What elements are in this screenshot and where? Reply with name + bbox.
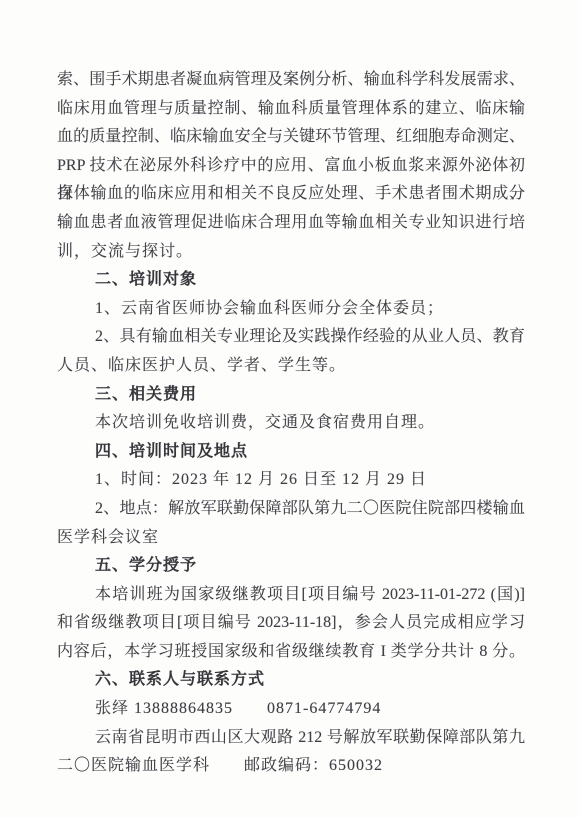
- text-line: 自体输血的临床应用和相关不良反应处理、手术患者围术期成分: [57, 180, 525, 209]
- text-line: 云南省昆明市西山区大观路 212 号解放军联勤保障部队第九: [57, 724, 525, 753]
- section-heading: 五、学分授予: [57, 552, 525, 581]
- text-line: 本次培训免收培训费，交通及食宿费用自理。: [57, 409, 525, 438]
- section-heading: 六、联系人与联系方式: [57, 666, 525, 695]
- section-heading: 四、培训时间及地点: [57, 438, 525, 467]
- text-line: 和省级继教项目[项目编号 2023-11-18]，参会人员完成相应学习: [57, 609, 525, 638]
- text-line: 输血患者血液管理促进临床合理用血等输血相关专业知识进行培: [57, 209, 525, 238]
- text-line: 1、时间：2023 年 12 月 26 日至 12 月 29 日: [57, 466, 525, 495]
- text-line: 血的质量控制、临床输血安全与关键环节管理、红细胞寿命测定、: [57, 123, 525, 152]
- text-line: 本培训班为国家级继教项目[项目编号 2023-11-01-272 (国)]: [57, 581, 525, 610]
- text-line: 人员、临床医护人员、学者、学生等。: [57, 352, 525, 381]
- text-line: 训，交流与探讨。: [57, 238, 525, 267]
- text-line: 内容后，本学习班授国家级和省级继续教育 I 类学分共计 8 分。: [57, 638, 525, 667]
- text-line: 临床用血管理与质量控制、输血科质量管理体系的建立、临床输: [57, 95, 525, 124]
- document-page: 索、围手术期患者凝血病管理及案例分析、输血科学科发展需求、临床用血管理与质量控制…: [0, 0, 580, 818]
- section-heading: 三、相关费用: [57, 381, 525, 410]
- text-line: 二〇医院输血医学科 邮政编码：650032: [57, 752, 525, 781]
- text-line: 张绎 13888864835 0871-64774794: [57, 695, 525, 724]
- section-heading: 二、培训对象: [57, 266, 525, 295]
- text-line: 索、围手术期患者凝血病管理及案例分析、输血科学科发展需求、: [57, 66, 525, 95]
- text-line: 医学科会议室: [57, 524, 525, 553]
- document-body: 索、围手术期患者凝血病管理及案例分析、输血科学科发展需求、临床用血管理与质量控制…: [57, 66, 525, 781]
- text-line: 2、具有输血相关专业理论及实践操作经验的从业人员、教育: [57, 323, 525, 352]
- text-line: 1、云南省医师协会输血科医师分会全体委员；: [57, 295, 525, 324]
- text-line: PRP 技术在泌尿外科诊疗中的应用、富血小板血浆来源外泌体初探、: [57, 152, 525, 181]
- text-line: 2、地点：解放军联勤保障部队第九二〇医院住院部四楼输血: [57, 495, 525, 524]
